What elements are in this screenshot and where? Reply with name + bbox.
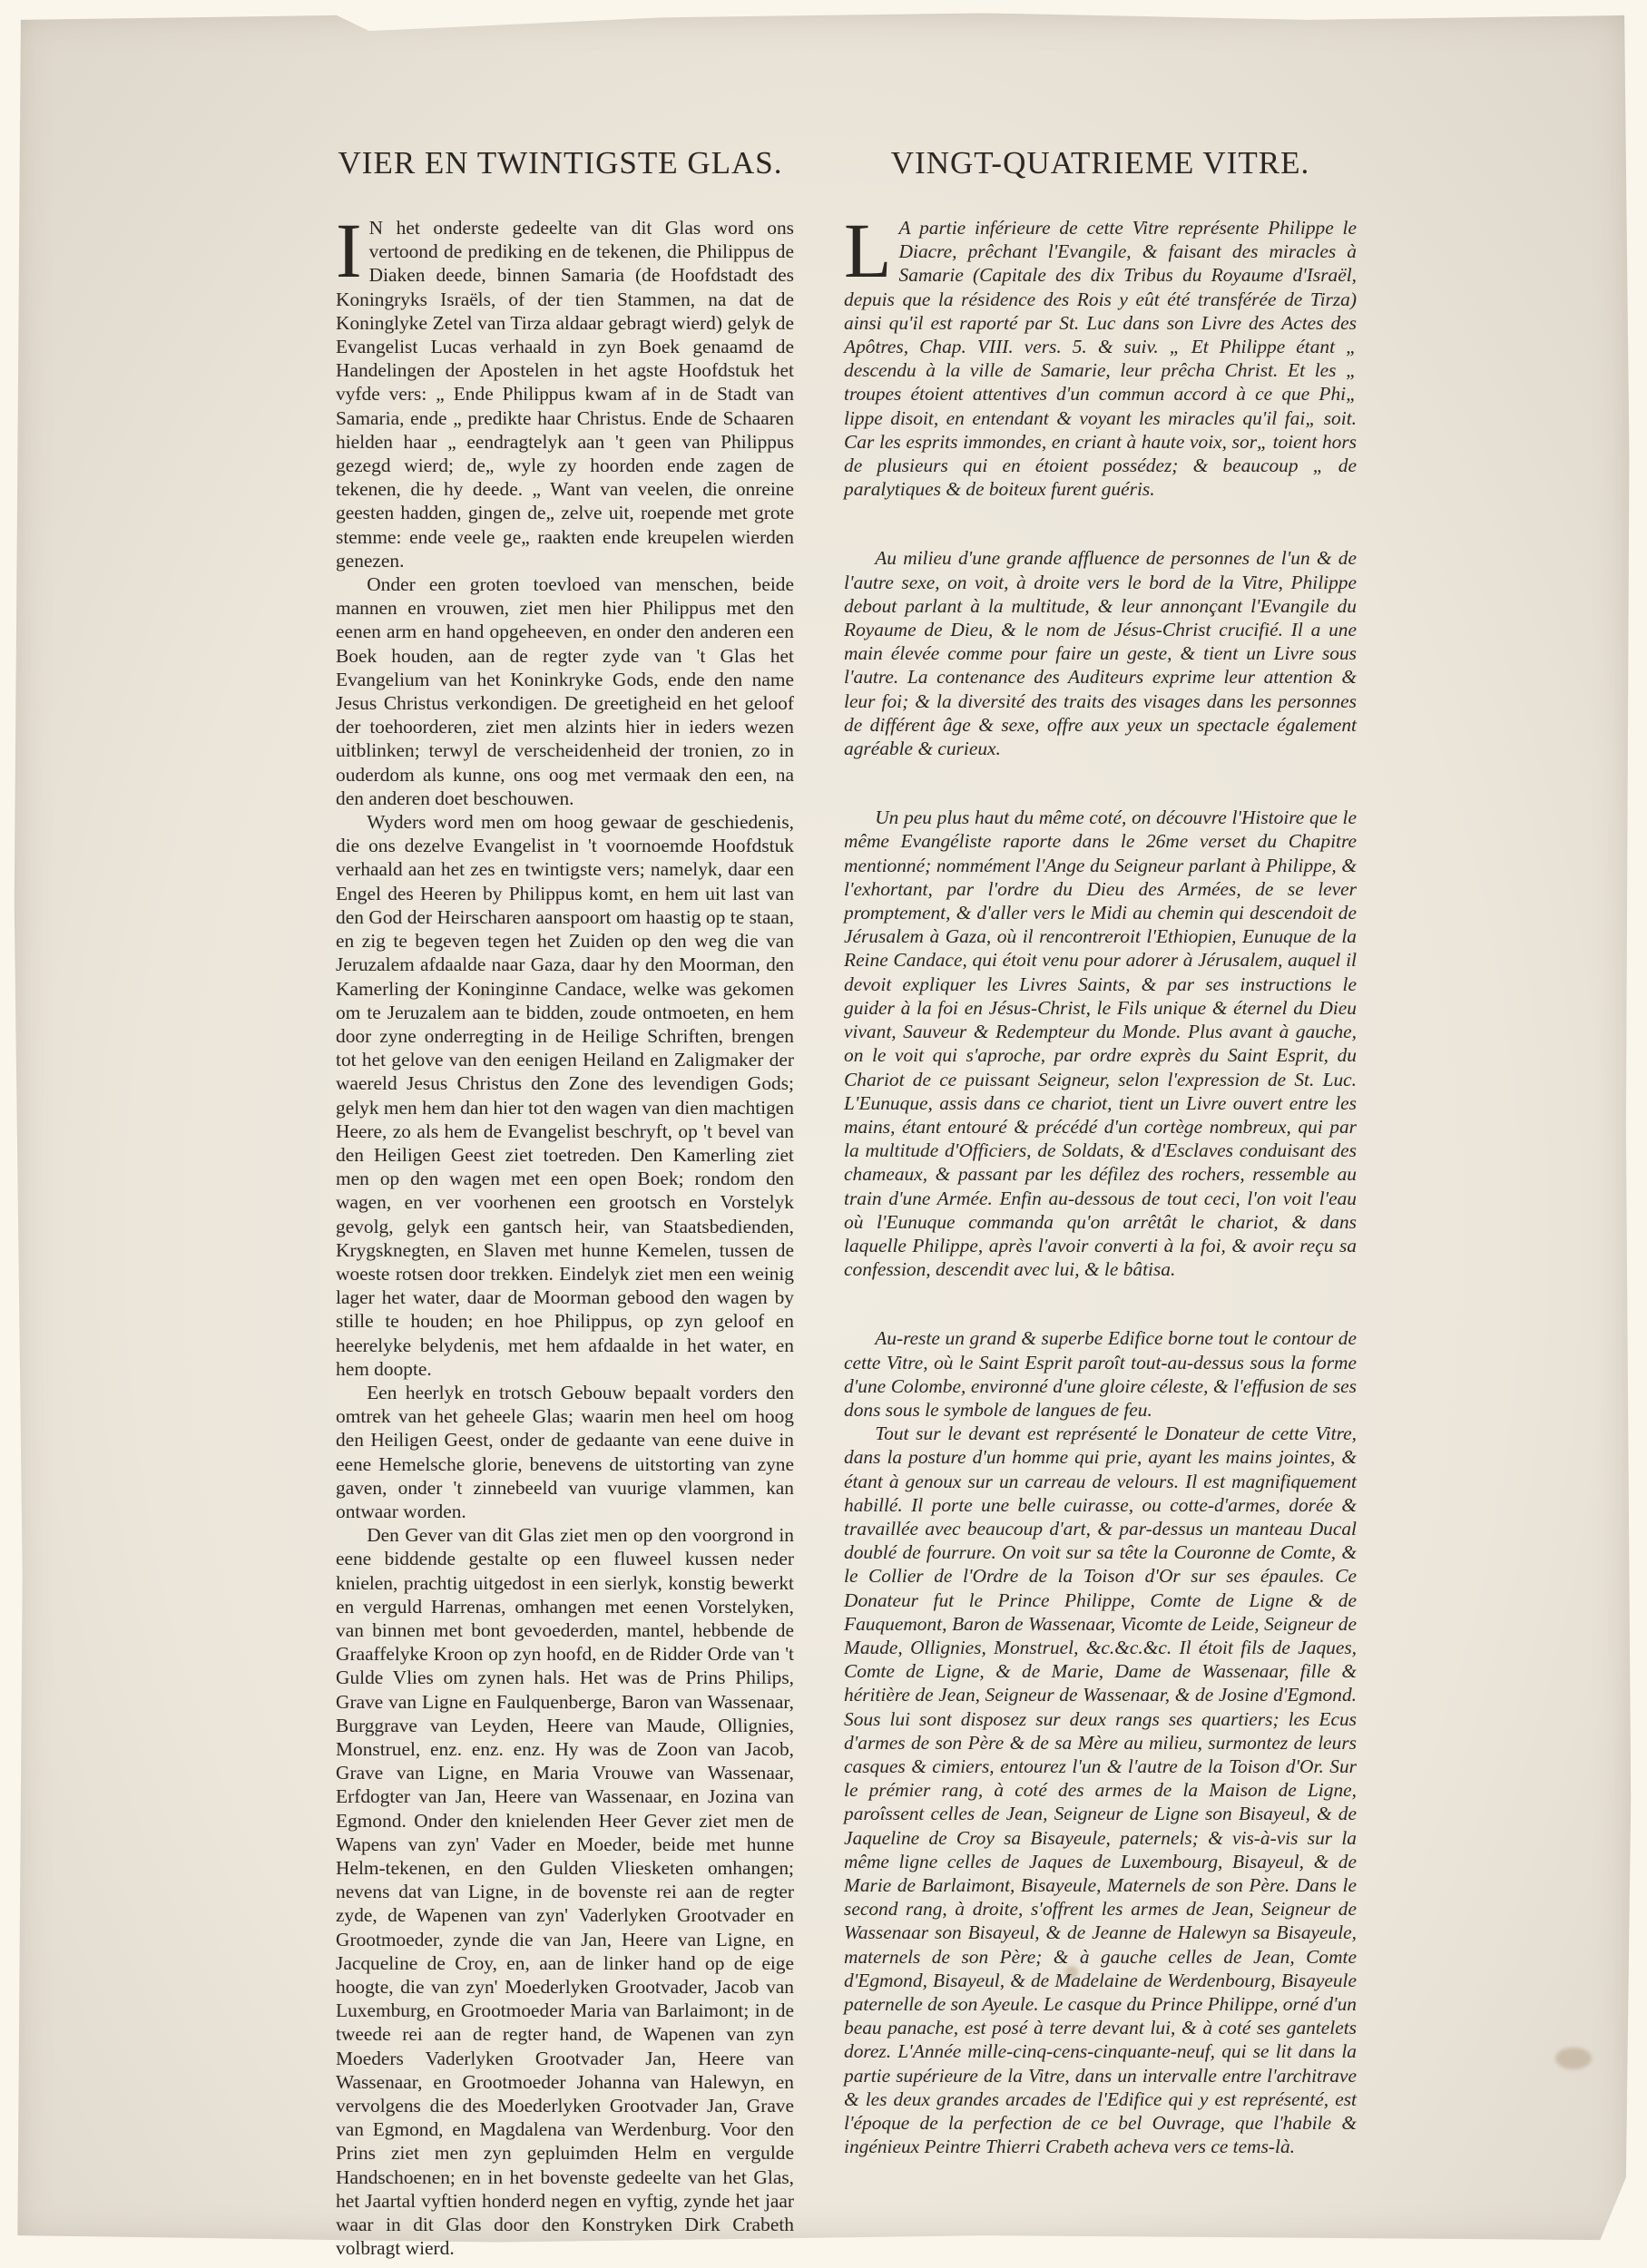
drop-cap: I xyxy=(336,220,362,281)
dutch-paragraph: Wyders word men om hoog gewaar de geschi… xyxy=(336,810,794,1381)
dutch-paragraph: Den Gever van dit Glas ziet men op den v… xyxy=(336,1523,794,2260)
dutch-paragraph: Een heerlyk en trotsch Gebouw bepaalt vo… xyxy=(336,1381,794,1523)
drop-cap: L xyxy=(844,220,892,281)
paper-stain xyxy=(1555,2048,1592,2069)
dutch-paragraph: IN het onderste gedeelte van dit Glas wo… xyxy=(336,216,794,572)
dutch-column: VIER EN TWINTIGSTE GLAS. IN het onderste… xyxy=(336,145,794,2260)
dutch-paragraph: Onder een groten toevloed van menschen, … xyxy=(336,572,794,810)
french-paragraph: Tout sur le devant est représenté le Don… xyxy=(844,1422,1357,2158)
french-paragraph: LA partie inférieure de cette Vitre repr… xyxy=(844,216,1357,501)
french-heading: VINGT-QUATRIEME VITRE. xyxy=(844,145,1357,181)
french-paragraph: Un peu plus haut du même coté, on découv… xyxy=(844,806,1357,1281)
dutch-heading: VIER EN TWINTIGSTE GLAS. xyxy=(327,145,794,181)
french-paragraph: Au-reste un grand & superbe Edifice born… xyxy=(844,1326,1357,1422)
paper-sheet xyxy=(13,11,1632,2244)
french-column: VINGT-QUATRIEME VITRE. LA partie inférie… xyxy=(844,145,1357,2158)
french-paragraph: Au milieu d'une grande affluence de pers… xyxy=(844,546,1357,760)
